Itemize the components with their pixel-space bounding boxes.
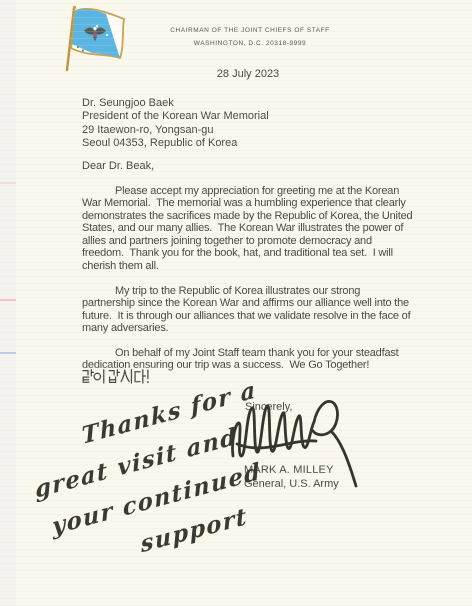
- text-line: Please accept my appreciation for greeti…: [82, 185, 412, 197]
- body-paragraph-1: Please accept my appreciation for greeti…: [82, 185, 412, 272]
- letterhead-org-name: CHAIRMAN OF THE JOINT CHIEFS OF STAFF: [100, 27, 400, 34]
- letter-page: CHAIRMAN OF THE JOINT CHIEFS OF STAFF WA…: [0, 0, 472, 606]
- text-line: Seoul 04353, Republic of Korea: [82, 137, 269, 150]
- text-line: partnership since the Korean War and aff…: [82, 297, 410, 309]
- salutation: Dear Dr. Beak,: [82, 160, 154, 172]
- date-line: 28 July 2023: [98, 68, 398, 80]
- text-line: freedom. Thank you for the book, hat, an…: [82, 247, 412, 259]
- text-line: My trip to the Republic of Korea illustr…: [82, 285, 410, 297]
- scan-artifact-line: [0, 182, 16, 184]
- letterhead: CHAIRMAN OF THE JOINT CHIEFS OF STAFF WA…: [100, 27, 400, 47]
- text-line: many adversaries.: [82, 322, 410, 334]
- text-line: Dr. Seungjoo Baek: [82, 97, 269, 110]
- text-line: cherish them all.: [82, 260, 412, 272]
- text-line: War Memorial. The memorial was a humblin…: [82, 197, 412, 209]
- scan-edge-strip: [0, 0, 16, 606]
- text-line: President of the Korean War Memorial: [82, 110, 269, 123]
- letterhead-address: WASHINGTON, D.C. 20318-9999: [100, 40, 400, 47]
- scan-artifact-line: [0, 352, 16, 354]
- text-line: demonstrates the sacrifices made by the …: [82, 210, 412, 222]
- text-line: On behalf of my Joint Staff team thank y…: [82, 347, 399, 359]
- text-line: 29 Itaewon-ro, Yongsan-gu: [82, 124, 269, 137]
- signature-scrawl-icon: [226, 392, 366, 496]
- korean-phrase-text: [82, 369, 150, 384]
- text-line: States, and our many allies. The Korean …: [82, 222, 412, 234]
- text-line: future. It is through our alliances that…: [82, 310, 410, 322]
- recipient-address-block: Dr. Seungjoo BaekPresident of the Korean…: [82, 97, 269, 150]
- text-line: allies and partners joining together to …: [82, 235, 412, 247]
- scan-artifact-line: [0, 299, 16, 301]
- body-paragraph-2: My trip to the Republic of Korea illustr…: [82, 285, 410, 335]
